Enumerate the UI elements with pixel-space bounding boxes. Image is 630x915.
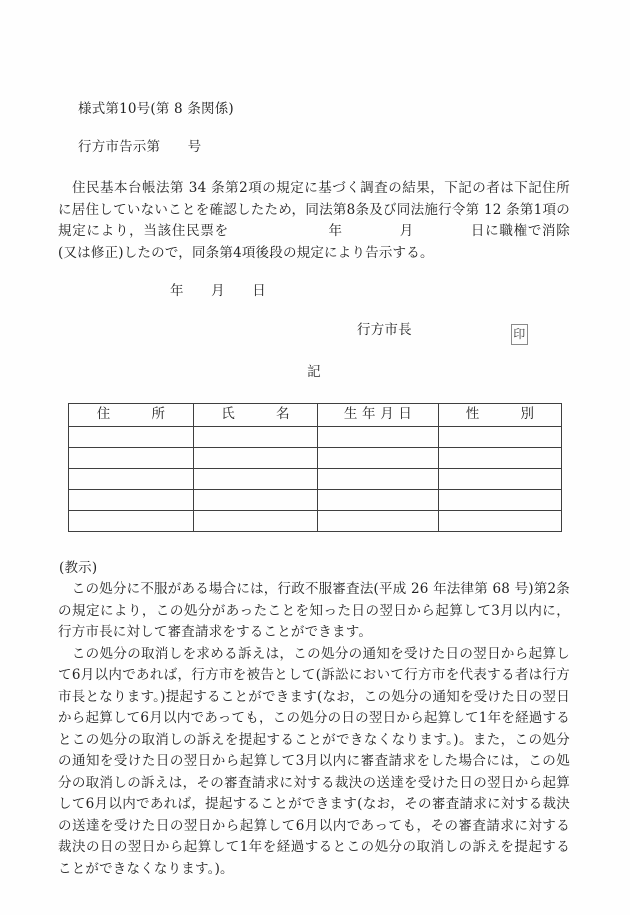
mayor-line: 行方市長印 xyxy=(58,320,570,342)
kyoji-section: (教示) この処分に不服がある場合には，行政不服審査法(平成 26 年法律第 6… xyxy=(58,558,570,881)
cell-birthdate xyxy=(318,489,439,510)
cell-birthdate xyxy=(318,510,439,531)
cell-birthdate xyxy=(318,468,439,489)
cell-name xyxy=(194,510,318,531)
cell-address xyxy=(69,468,194,489)
cell-name xyxy=(194,426,318,447)
cell-birthdate xyxy=(318,447,439,468)
cell-sex xyxy=(439,447,562,468)
resident-table: 住 所 氏 名 生 年 月 日 性 別 xyxy=(68,403,562,532)
form-number: 様式第10号(第 8 条関係) xyxy=(78,99,570,121)
table-row xyxy=(69,489,562,510)
main-paragraph: 住民基本台帳法第 34 条第2項の規定に基づく調査の結果，下記の者は下記住所に居… xyxy=(58,178,570,264)
col-header-sex: 性 別 xyxy=(439,404,562,427)
cell-sex xyxy=(439,468,562,489)
record-heading: 記 xyxy=(58,362,570,384)
cell-address xyxy=(69,447,194,468)
kyoji-paragraph-1: この処分に不服がある場合には，行政不服審査法(平成 26 年法律第 68 号)第… xyxy=(58,579,570,644)
cell-address xyxy=(69,510,194,531)
cell-sex xyxy=(439,510,562,531)
cell-sex xyxy=(439,489,562,510)
document-page: 様式第10号(第 8 条関係) 行方市告示第 号 住民基本台帳法第 34 条第2… xyxy=(0,0,630,915)
notice-number: 行方市告示第 号 xyxy=(78,137,570,159)
table-header-row: 住 所 氏 名 生 年 月 日 性 別 xyxy=(69,404,562,427)
cell-name xyxy=(194,489,318,510)
col-header-address: 住 所 xyxy=(69,404,194,427)
table-row xyxy=(69,510,562,531)
cell-address xyxy=(69,489,194,510)
cell-name xyxy=(194,447,318,468)
kyoji-label: (教示) xyxy=(59,558,570,580)
cell-sex xyxy=(439,426,562,447)
seal-stamp: 印 xyxy=(511,324,528,345)
cell-name xyxy=(194,468,318,489)
mayor-title: 行方市長 xyxy=(357,322,412,338)
col-header-name: 氏 名 xyxy=(194,404,318,427)
col-header-birthdate: 生 年 月 日 xyxy=(318,404,439,427)
kyoji-paragraph-2: この処分の取消しを求める訴えは，この処分の通知を受けた日の翌日から起算して6月以… xyxy=(58,644,570,881)
date-line: 年 月 日 xyxy=(170,281,570,303)
table-row xyxy=(69,426,562,447)
cell-birthdate xyxy=(318,426,439,447)
cell-address xyxy=(69,426,194,447)
table-row xyxy=(69,447,562,468)
table-row xyxy=(69,468,562,489)
